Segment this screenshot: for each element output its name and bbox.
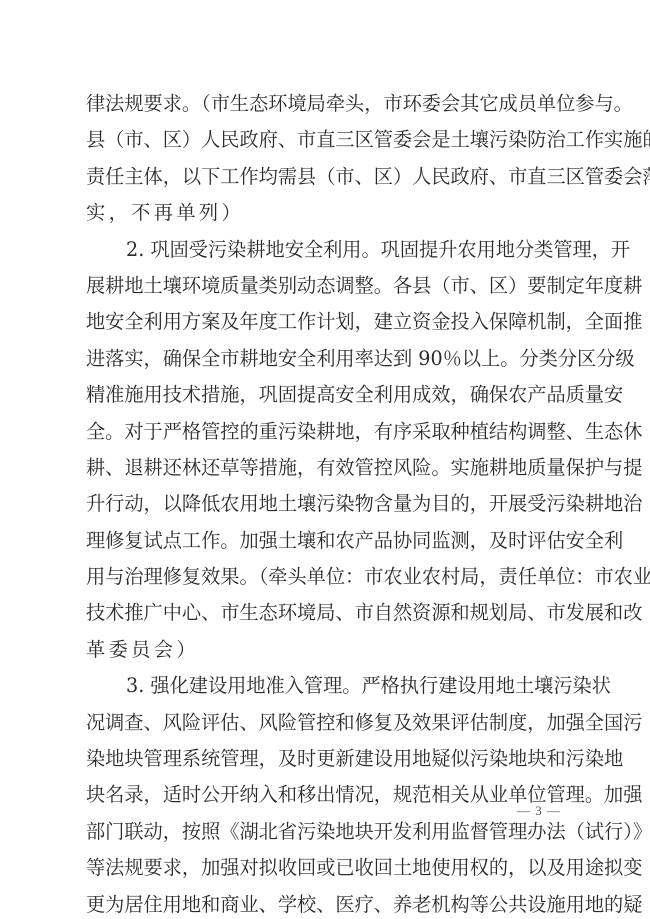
text-line: 用与治理修复效果。（牵头单位：市农业农村局，责任单位：市农业 — [86, 559, 564, 595]
text-line: 精准施用技术措施，巩固提高安全利用成效，确保农产品质量安 — [86, 377, 564, 413]
text-line: 律法规要求。（市生态环境局牵头，市环委会其它成员单位参与。 — [86, 86, 564, 122]
text-line: 县（市、区）人民政府、市直三区管委会是土壤污染防治工作实施的 — [86, 122, 564, 158]
section-heading-line: 3. 强化建设用地准入管理。严格执行建设用地土壤污染状 — [86, 668, 564, 704]
text-line: 耕、退耕还林还草等措施，有效管控风险。实施耕地质量保护与提 — [86, 450, 564, 486]
text-line: 全。对于严格管控的重污染耕地，有序采取种植结构调整、生态休 — [86, 414, 564, 450]
text-line: 更为居住用地和商业、学校、医疗、养老机构等公共设施用地的疑 — [86, 887, 564, 919]
text-line: 责任主体，以下工作均需县（市、区）人民政府、市直三区管委会落 — [86, 159, 564, 195]
text-line: 技术推广中心、市生态环境局、市自然资源和规划局、市发展和改 — [86, 595, 564, 631]
text-line: 等法规要求，加强对拟收回或已收回土地使用权的，以及用途拟变 — [86, 850, 564, 886]
text-line: 部门联动，按照《湖北省污染地块开发利用监督管理办法（试行）》 — [86, 814, 564, 850]
text-line: 块名录，适时公开纳入和移出情况，规范相关从业单位管理。加强 — [86, 777, 564, 813]
text-line: 染地块管理系统管理，及时更新建设用地疑似污染地块和污染地 — [86, 741, 564, 777]
text-line: 展耕地土壤环境质量类别动态调整。各县（市、区）要制定年度耕 — [86, 268, 564, 304]
document-page: 律法规要求。（市生态环境局牵头，市环委会其它成员单位参与。 县（市、区）人民政府… — [0, 0, 650, 919]
text-line: 地安全利用方案及年度工作计划，建立资金投入保障机制，全面推 — [86, 304, 564, 340]
text-line: 进落实，确保全市耕地安全利用率达到 90％以上。分类分区分级 — [86, 341, 564, 377]
text-line: 实，不再单列） — [86, 195, 564, 231]
text-line: 革委员会） — [86, 632, 564, 668]
text-line: 况调查、风险评估、风险管控和修复及效果评估制度，加强全国污 — [86, 705, 564, 741]
section-heading-line: 2. 巩固受污染耕地安全利用。巩固提升农用地分类管理，开 — [86, 232, 564, 268]
text-line: 理修复试点工作。加强土壤和农产品协同监测，及时评估安全利 — [86, 523, 564, 559]
text-line: 升行动，以降低农用地土壤污染物含量为目的，开展受污染耕地治 — [86, 486, 564, 522]
document-body: 律法规要求。（市生态环境局牵头，市环委会其它成员单位参与。 县（市、区）人民政府… — [86, 86, 564, 919]
page-number: — 3 — — [514, 803, 564, 823]
